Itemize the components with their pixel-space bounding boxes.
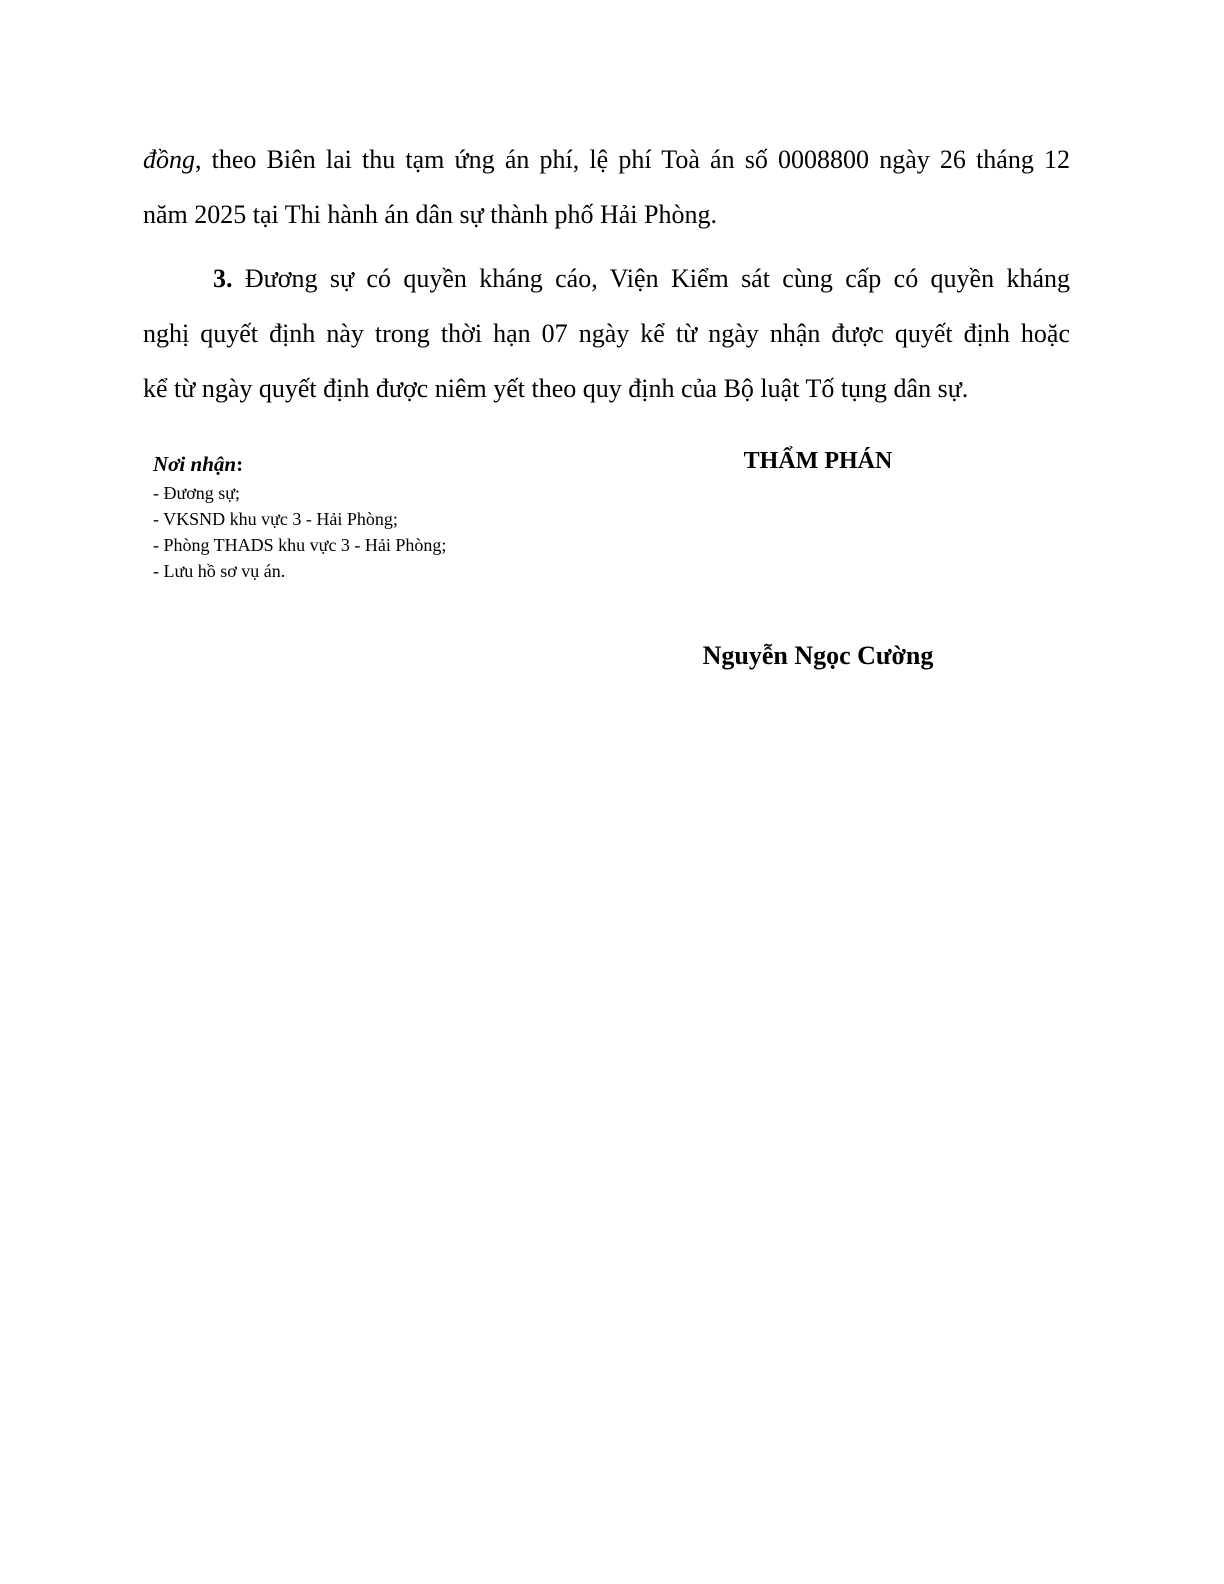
paragraph-court-fee-receipt: đồng, theo Biên lai thu tạm ứng án phí, … (143, 132, 1070, 242)
paragraph-appeal-rights: 3. Đương sự có quyền kháng cáo, Viện Kiể… (143, 251, 1070, 416)
signer-name: Nguyễn Ngọc Cường (640, 640, 996, 672)
recipient-item: - Phòng THADS khu vực 3 - Hải Phòng; (153, 532, 573, 558)
paragraph-line: nghị quyết định này trong thời hạn 07 ng… (143, 306, 1070, 361)
italic-amount-unit: đồng (143, 145, 195, 174)
paragraph-line: đồng, theo Biên lai thu tạm ứng án phí, … (143, 132, 1070, 187)
paragraph-line: năm 2025 tại Thi hành án dân sự thành ph… (143, 187, 1070, 242)
document-page: đồng, theo Biên lai thu tạm ứng án phí, … (0, 0, 1224, 1584)
recipient-item: - Lưu hồ sơ vụ án. (153, 558, 573, 584)
clause-number: 3. (213, 264, 233, 293)
signer-title: THẨM PHÁN (640, 446, 996, 476)
recipient-item: - Đương sự; (153, 480, 573, 506)
recipients-block: Nơi nhận: - Đương sự; - VKSND khu vực 3 … (153, 450, 573, 584)
recipients-title: Nơi nhận: (153, 450, 573, 478)
recipient-item: - VKSND khu vực 3 - Hải Phòng; (153, 506, 573, 532)
paragraph-line: kể từ ngày quyết định được niêm yết theo… (143, 361, 1070, 416)
paragraph-line: 3. Đương sự có quyền kháng cáo, Viện Kiể… (143, 251, 1070, 306)
